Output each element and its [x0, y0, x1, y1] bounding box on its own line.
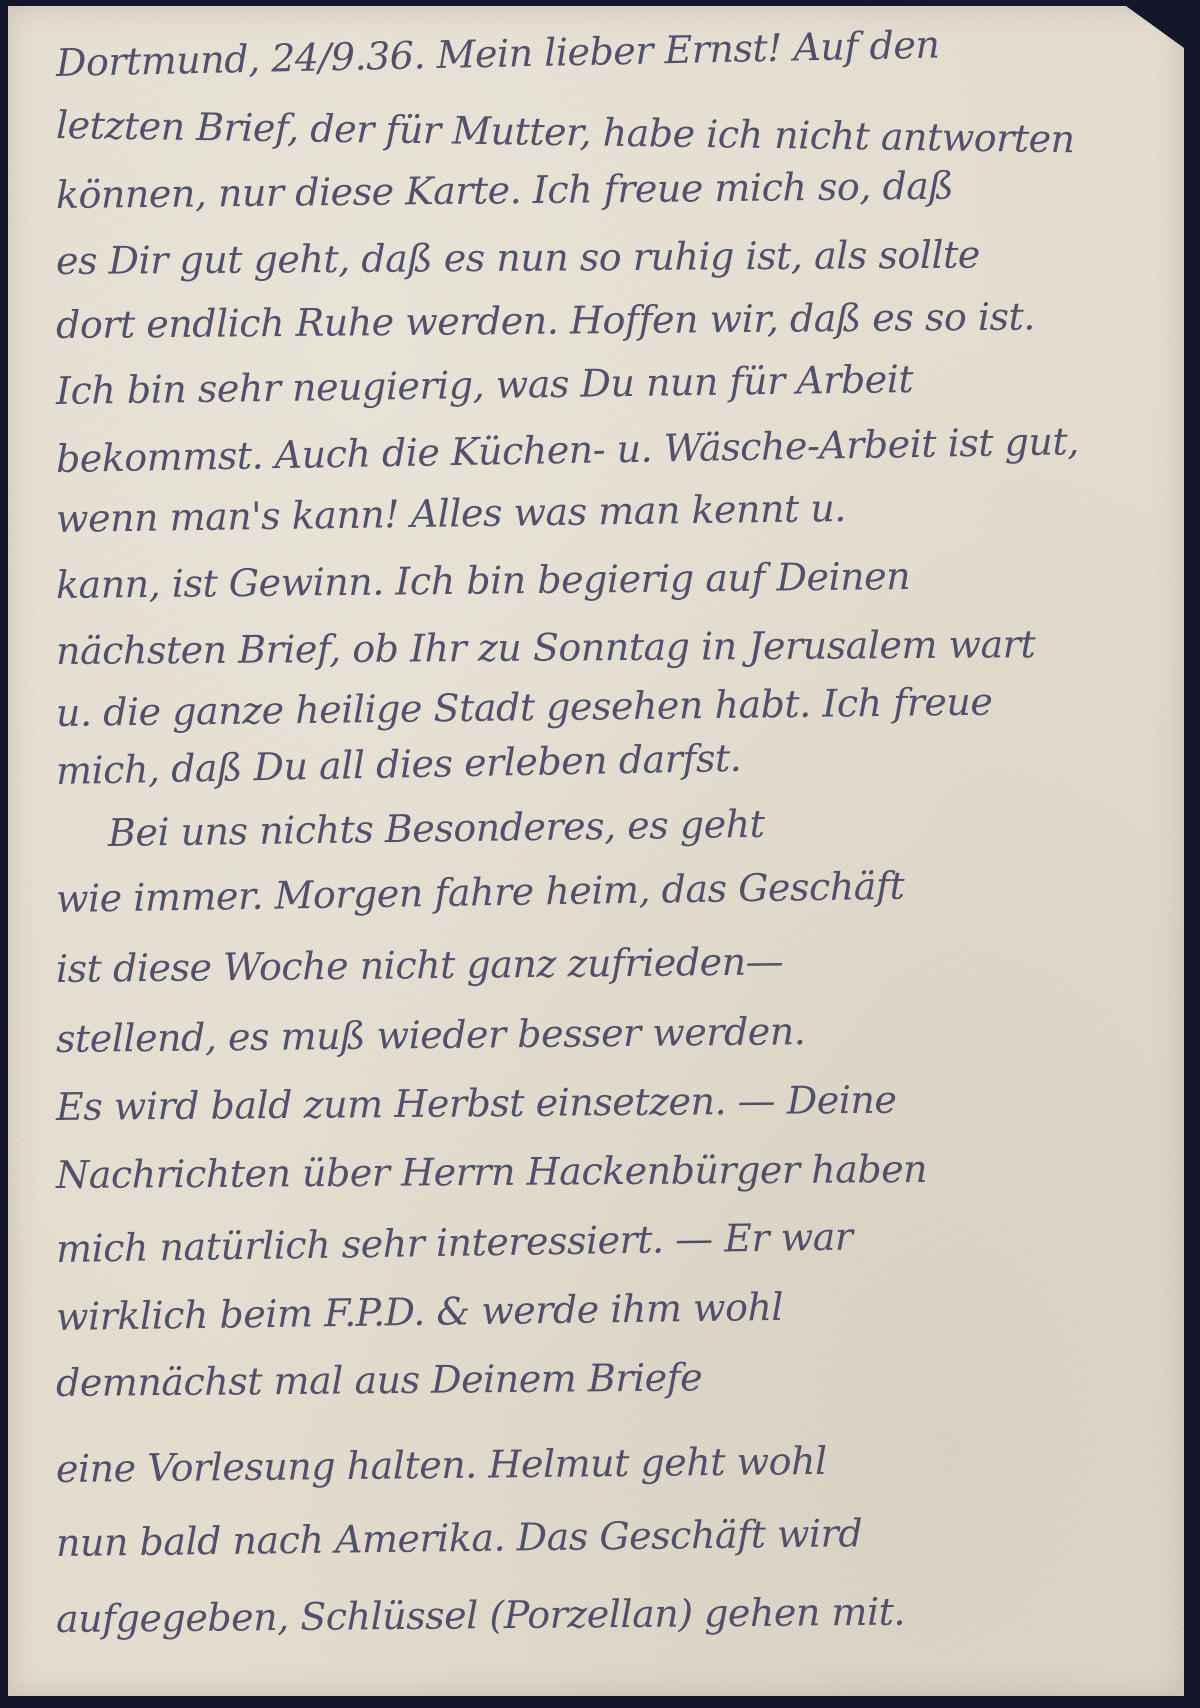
handwritten-line: mich natürlich sehr interessiert. — Er w… — [56, 1217, 853, 1268]
handwritten-line: Es wird bald zum Herbst einsetzen. — Dei… — [56, 1081, 897, 1126]
handwritten-line: nächsten Brief, ob Ihr zu Sonntag in Jer… — [56, 625, 1035, 670]
handwritten-line: Nachrichten über Herrn Hackenbürger habe… — [56, 1150, 927, 1194]
handwritten-line: kann, ist Gewinn. Ich bin begierig auf D… — [56, 557, 910, 604]
handwritten-line: Ich bin sehr neugierig, was Du nun für A… — [56, 360, 914, 410]
handwritten-line: u. die ganze heilige Stadt gesehen habt.… — [56, 683, 993, 732]
handwritten-line: stellend, es muß wieder besser werden. — [56, 1012, 806, 1058]
handwritten-line: ist diese Woche nicht ganz zufrieden— — [56, 942, 784, 988]
handwritten-line: letzten Brief, der für Mutter, habe ich … — [56, 106, 1075, 158]
handwritten-line: bekommst. Auch die Küchen- u. Wäsche-Arb… — [56, 422, 1079, 478]
handwritten-line: Bei uns nichts Besonderes, es geht — [108, 805, 765, 852]
handwritten-line: wie immer. Morgen fahre heim, das Geschä… — [56, 867, 905, 918]
handwritten-line: eine Vorlesung halten. Helmut geht wohl — [56, 1442, 827, 1488]
scanned-document: Dortmund, 24/9.36. Mein lieber Ernst! Au… — [0, 0, 1200, 1708]
handwritten-line: aufgegeben, Schlüssel (Porzellan) gehen … — [56, 1593, 905, 1638]
handwritten-line: demnächst mal aus Deinem Briefe — [56, 1358, 702, 1402]
handwritten-line: wenn man's kann! Alles was man kennt u. — [56, 489, 846, 538]
handwritten-line: es Dir gut geht, daß es nun so ruhig ist… — [56, 236, 980, 280]
handwritten-line: Dortmund, 24/9.36. Mein lieber Ernst! Au… — [56, 26, 940, 82]
handwritten-line: können, nur diese Karte. Ich freue mich … — [56, 167, 954, 214]
handwritten-line: nun bald nach Amerika. Das Geschäft wird — [56, 1514, 863, 1562]
handwritten-line: dort endlich Ruhe werden. Hoffen wir, da… — [56, 297, 1035, 344]
handwritten-line: wirklich beim F.P.D. & werde ihm wohl — [56, 1288, 784, 1336]
letter-page: Dortmund, 24/9.36. Mein lieber Ernst! Au… — [8, 6, 1184, 1696]
handwritten-line: mich, daß Du all dies erleben darfst. — [56, 739, 742, 790]
